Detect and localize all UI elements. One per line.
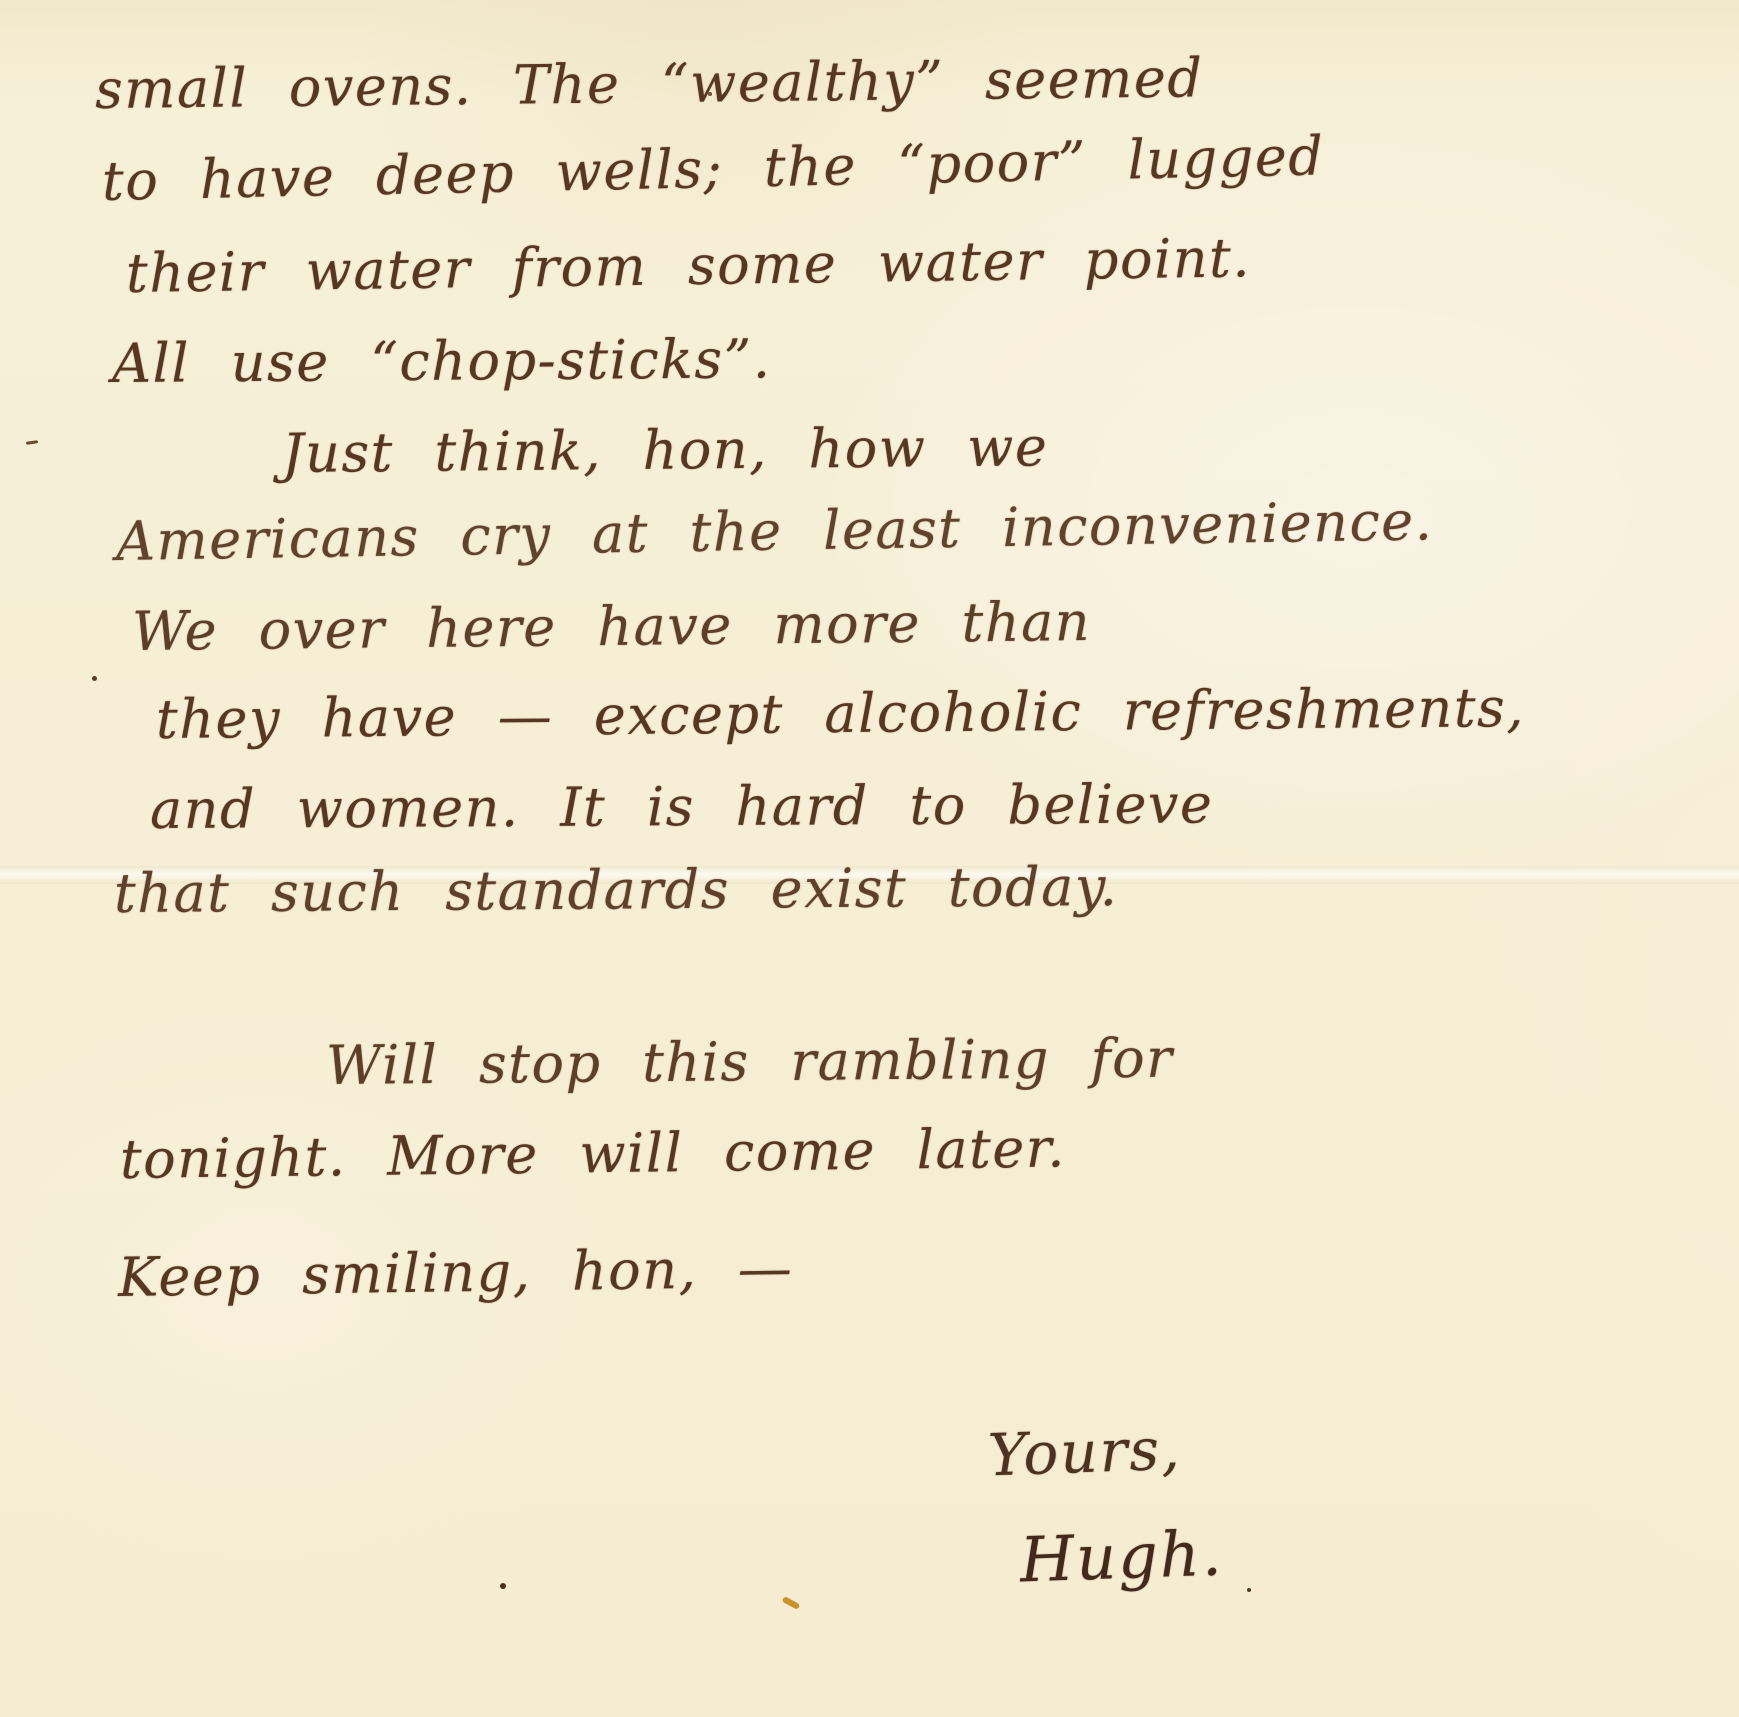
- signature-name: Hugh.: [1019, 1516, 1225, 1596]
- letter-line: to have deep wells; the “poor” lugged: [101, 124, 1325, 213]
- letter-line: tonight. More will come later.: [120, 1116, 1067, 1191]
- letter-line: Just think, hon, how we: [282, 415, 1049, 485]
- letter-line: and women. It is hard to believe: [150, 772, 1214, 841]
- letter-line: All use “chop-sticks”.: [112, 327, 772, 395]
- letter-page: small ovens. The “wealthy” seemed to hav…: [0, 0, 1739, 1717]
- letter-line: Americans cry at the least inconvenience…: [116, 489, 1434, 573]
- signature-closing: Yours,: [987, 1415, 1183, 1490]
- letter-line: Will stop this rambling for: [326, 1027, 1174, 1097]
- letter-line: they have — except alcoholic refreshment…: [156, 676, 1525, 751]
- letter-line: We over here have more than: [132, 590, 1092, 663]
- letter-line: Keep smiling, hon, —: [118, 1237, 794, 1309]
- letter-line: that such standards exist today.: [114, 855, 1119, 925]
- letter-body: small ovens. The “wealthy” seemed to hav…: [0, 0, 1739, 1717]
- letter-line: small ovens. The “wealthy” seemed: [95, 46, 1204, 121]
- letter-line: their water from some water point.: [126, 226, 1252, 305]
